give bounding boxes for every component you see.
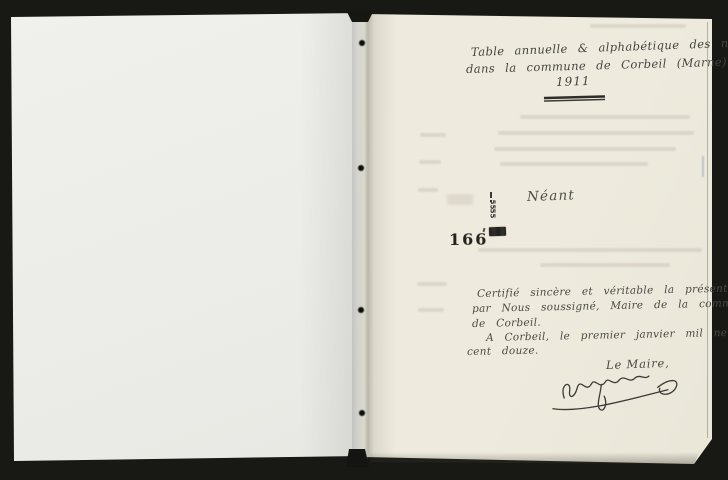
certification-line: cent douze. (467, 345, 539, 358)
folio-number-stamp: 166 (449, 230, 489, 249)
register-title-year: 1911 (556, 74, 591, 89)
ink-showthrough (500, 162, 648, 166)
binding-hole (359, 40, 365, 46)
ink-showthrough (494, 147, 676, 151)
ink-showthrough (590, 24, 686, 28)
ink-showthrough (418, 308, 444, 312)
ink-showthrough (520, 115, 690, 119)
ink-showthrough (478, 248, 702, 252)
faded-stamp (447, 194, 473, 205)
ink-showthrough (540, 263, 670, 267)
binding-hole (359, 410, 365, 416)
ink-showthrough (418, 188, 438, 192)
inked-stamp-smudge (489, 227, 506, 237)
scanned-register-spread: Table annuelle & alphabétique des naissa… (0, 0, 728, 480)
small-number-stamp: 55 (488, 209, 495, 219)
pencil-mark (702, 156, 704, 177)
page-edge-line (707, 22, 708, 438)
ink-showthrough (419, 160, 441, 164)
binding-hole (358, 165, 364, 171)
ink-showthrough (417, 282, 447, 286)
binding-hole (358, 307, 364, 313)
neant-annotation: Néant (527, 187, 576, 205)
ink-showthrough (420, 133, 446, 137)
certification-line: de Corbeil. (472, 317, 541, 330)
book-spine-crease (352, 12, 374, 462)
stamp-tick (490, 192, 492, 198)
ink-showthrough (498, 131, 694, 135)
right-page-bottom-shadow (370, 452, 700, 464)
